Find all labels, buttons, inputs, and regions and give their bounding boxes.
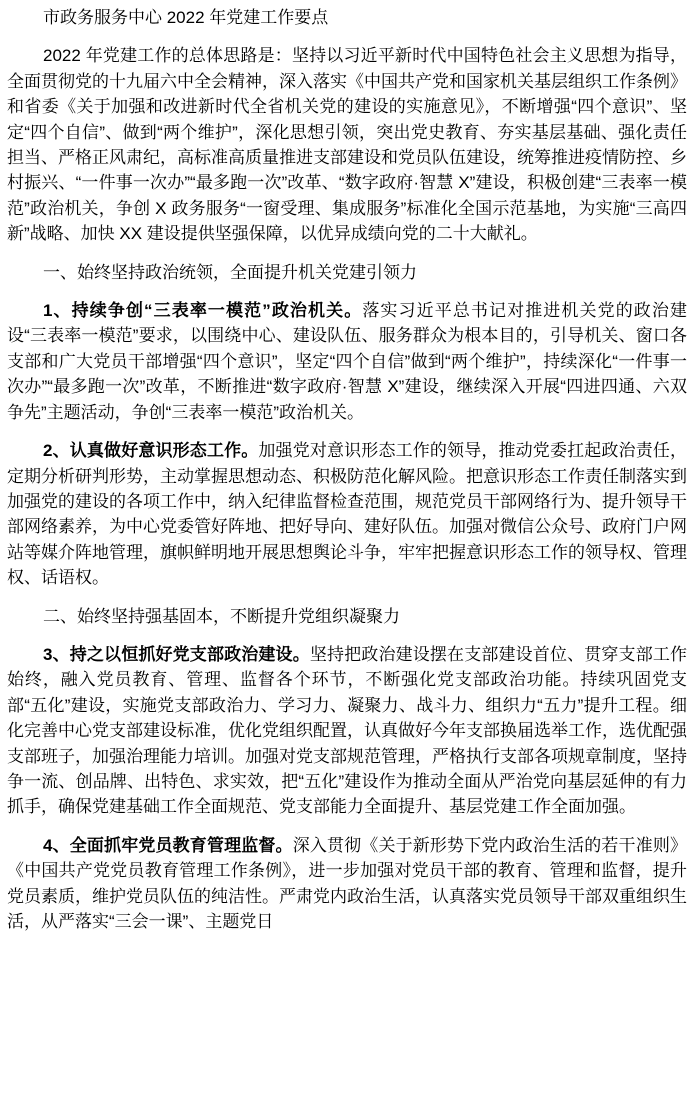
- section-1-heading: 一、始终坚持政治统领，全面提升机关党建引领力: [7, 260, 687, 285]
- item-3-paragraph: 3、持之以恒抓好党支部政治建设。坚持把政治建设摆在支部建设首位、贯穿支部工作始终…: [7, 642, 687, 820]
- intro-paragraph: 2022 年党建工作的总体思路是：坚持以习近平新时代中国特色社会主义思想为指导，…: [7, 43, 687, 246]
- item-1-lead: 1、持续争创“三表率一模范”政治机关。: [43, 301, 362, 320]
- item-3-lead: 3、持之以恒抓好党支部政治建设。: [43, 645, 310, 664]
- item-3-body: 坚持把政治建设摆在支部建设首位、贯穿支部工作始终，融入党员教育、管理、监督各个环…: [7, 645, 687, 816]
- item-2-paragraph: 2、认真做好意识形态工作。加强党对意识形态工作的领导，推动党委扛起政治责任，定期…: [7, 438, 687, 590]
- document-page: 市政务服务中心 2022 年党建工作要点 2022 年党建工作的总体思路是：坚持…: [0, 0, 693, 1097]
- item-4-lead: 4、全面抓牢党员教育管理监督。: [43, 836, 293, 855]
- section-2-heading: 二、始终坚持强基固本，不断提升党组织凝聚力: [7, 604, 687, 629]
- document-title: 市政务服务中心 2022 年党建工作要点: [7, 5, 687, 30]
- item-2-lead: 2、认真做好意识形态工作。: [43, 441, 258, 460]
- item-1-paragraph: 1、持续争创“三表率一模范”政治机关。落实习近平总书记对推进机关党的政治建设“三…: [7, 298, 687, 425]
- item-4-paragraph: 4、全面抓牢党员教育管理监督。深入贯彻《关于新形势下党内政治生活的若干准则》《中…: [7, 833, 687, 935]
- item-2-body: 加强党对意识形态工作的领导，推动党委扛起政治责任，定期分析研判形势，主动掌握思想…: [7, 441, 687, 587]
